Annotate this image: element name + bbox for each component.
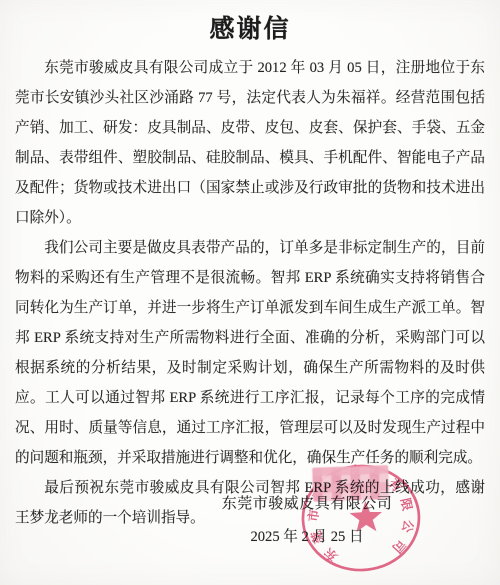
seal-star-icon xyxy=(349,500,382,532)
company-seal-stamp: 东莞市骏威皮具有限公司 xyxy=(294,456,430,583)
paragraph-company-intro: 东莞市骏威皮具有限公司成立于 2012 年 03 月 05 日，注册地位于东莞市… xyxy=(15,53,485,233)
paragraph-erp-experience: 我们公司主要是做皮具表带产品的，订单多是非标定制生产的，目前物料的采购还有生产管… xyxy=(15,233,485,473)
seal-redaction-mosaic xyxy=(312,465,389,502)
letter-title: 感谢信 xyxy=(0,9,500,45)
letter-page: 感谢信 东莞市骏威皮具有限公司成立于 2012 年 03 月 05 日，注册地位… xyxy=(0,0,500,585)
